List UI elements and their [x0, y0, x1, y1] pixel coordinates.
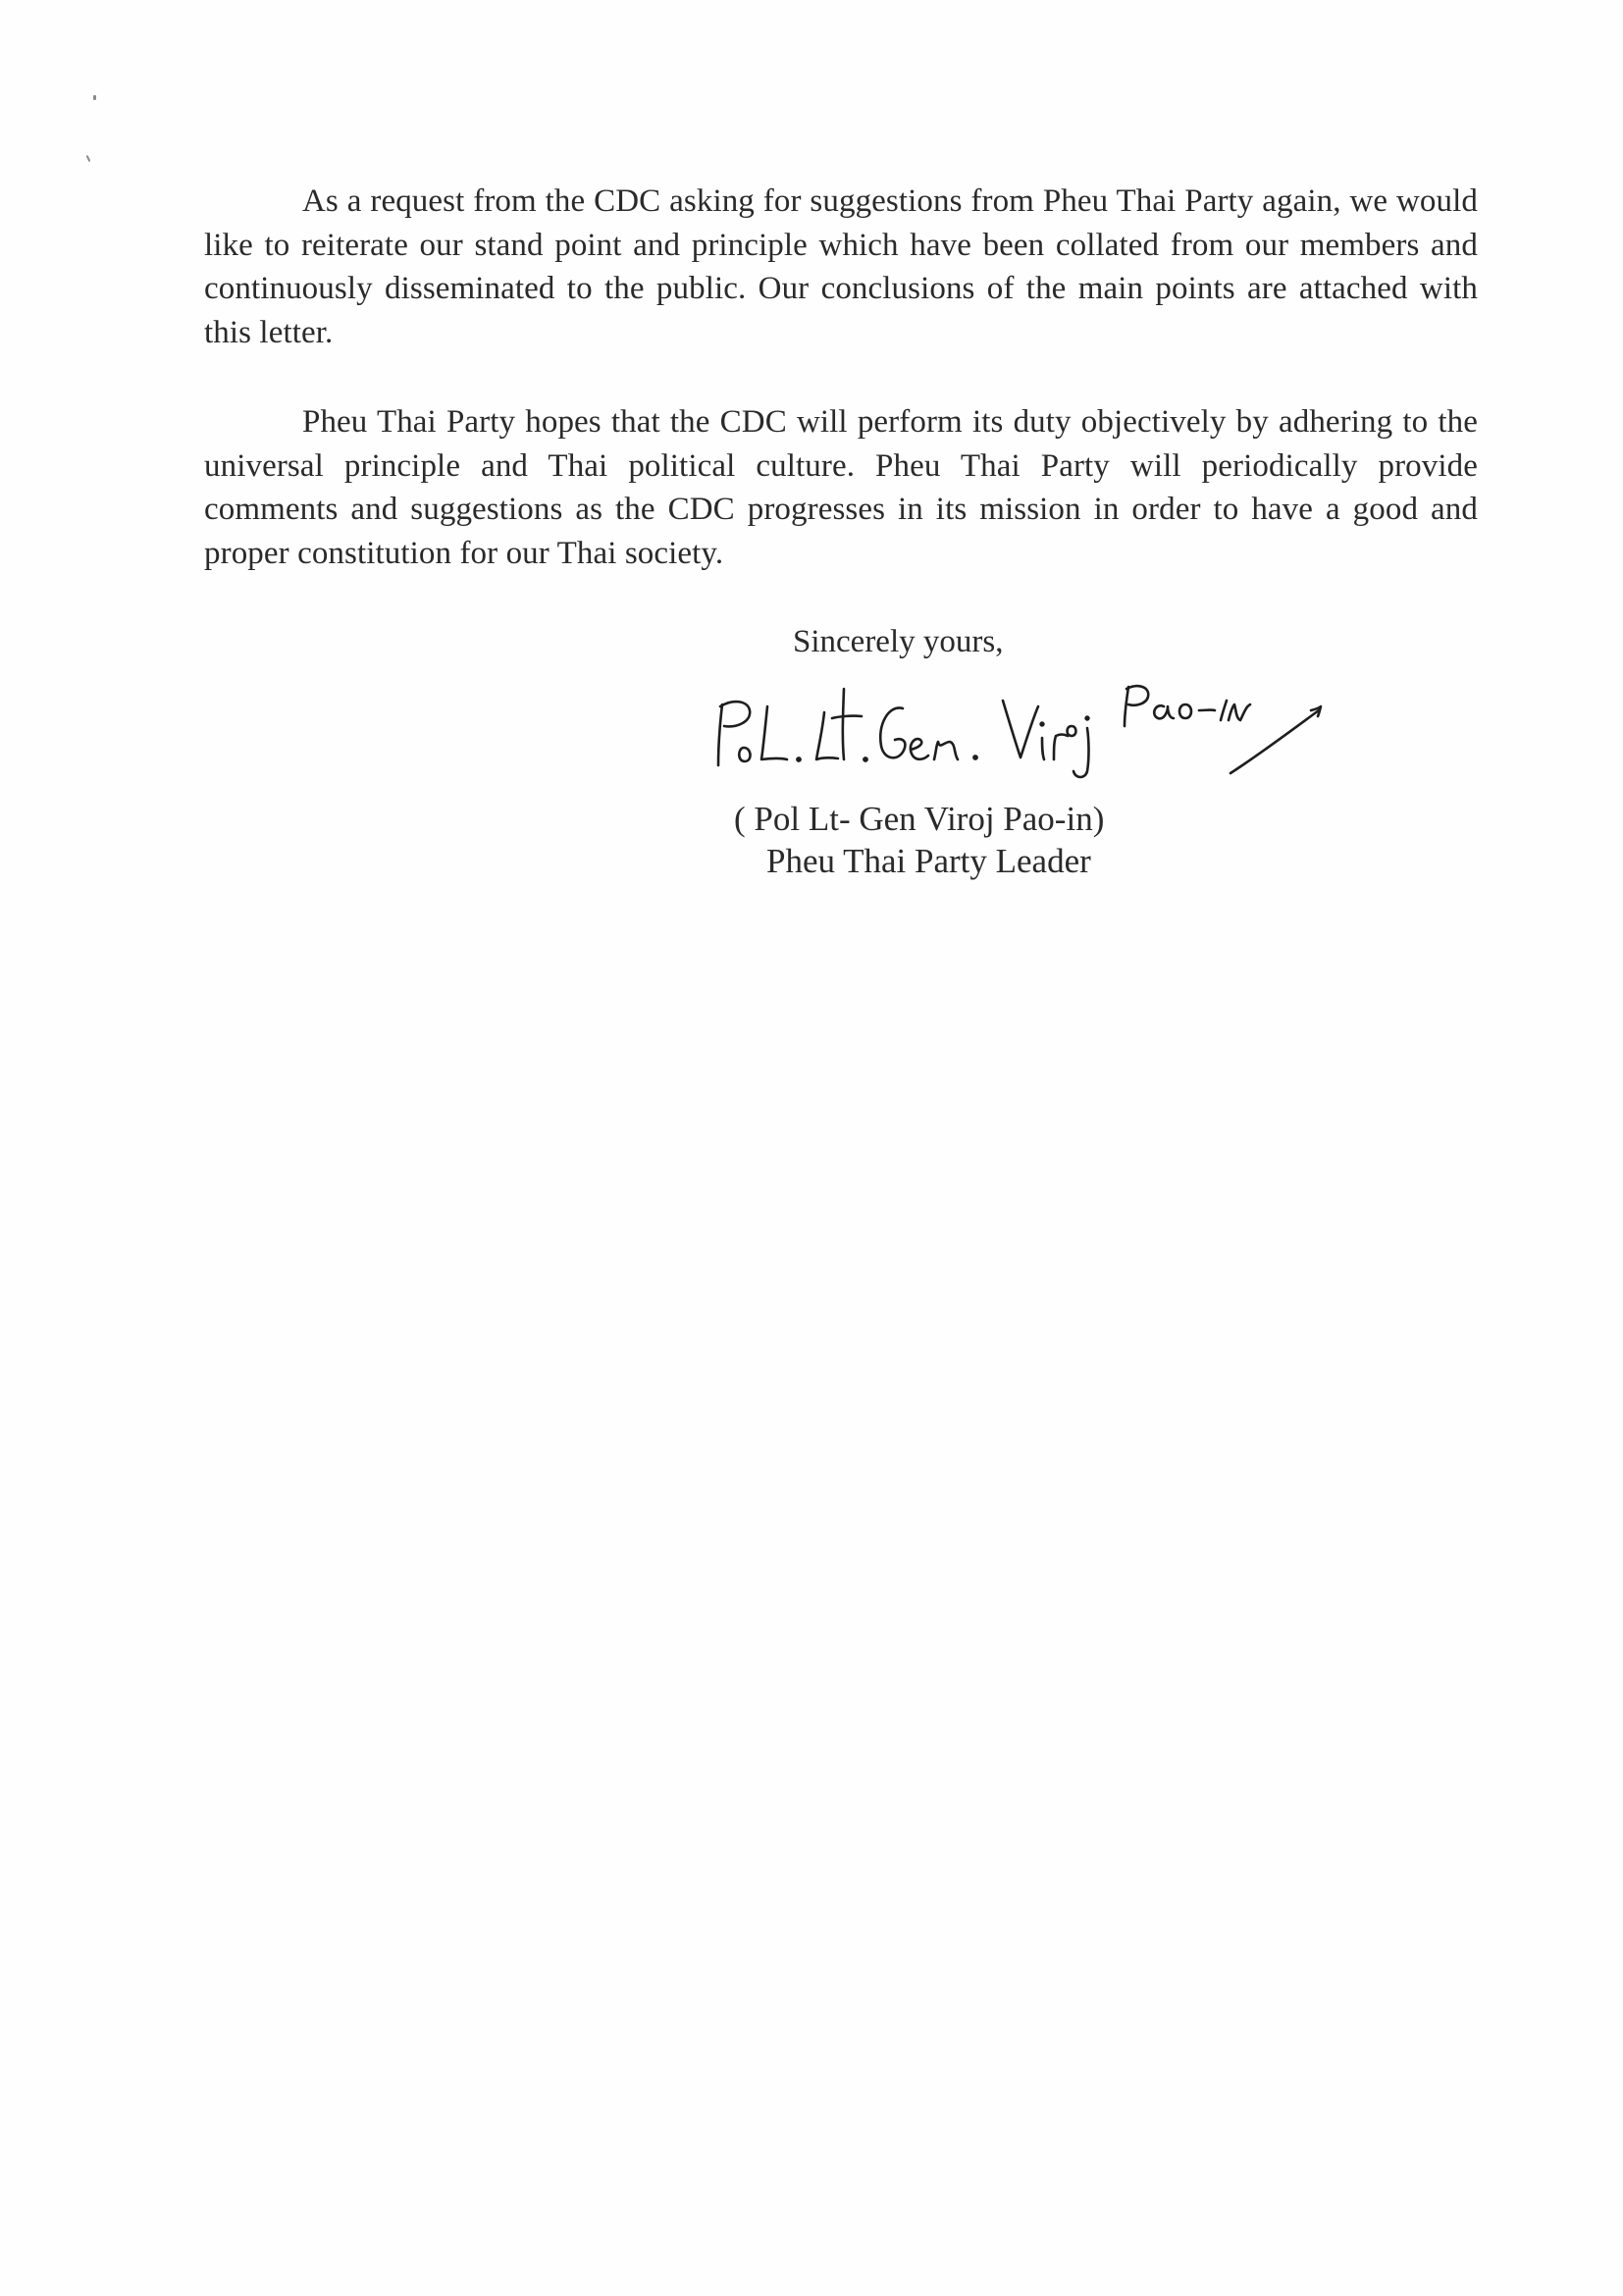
paragraph-text: As a request from the CDC asking for sug…: [204, 183, 1478, 350]
signature-icon: [708, 677, 1336, 785]
letter-paragraph-1: As a request from the CDC asking for sug…: [204, 180, 1478, 354]
scan-speck: [86, 155, 91, 162]
letter-page: As a request from the CDC asking for sug…: [0, 0, 1623, 2296]
paragraph-text: Pheu Thai Party hopes that the CDC will …: [204, 404, 1478, 571]
signer-name: ( Pol Lt- Gen Viroj Pao-in): [734, 799, 1104, 840]
letter-paragraph-2: Pheu Thai Party hopes that the CDC will …: [204, 400, 1478, 575]
scan-speck: [93, 95, 96, 100]
closing-salutation: Sincerely yours,: [793, 622, 1003, 661]
signer-title: Pheu Thai Party Leader: [766, 841, 1091, 882]
handwritten-signature: [708, 677, 1336, 785]
